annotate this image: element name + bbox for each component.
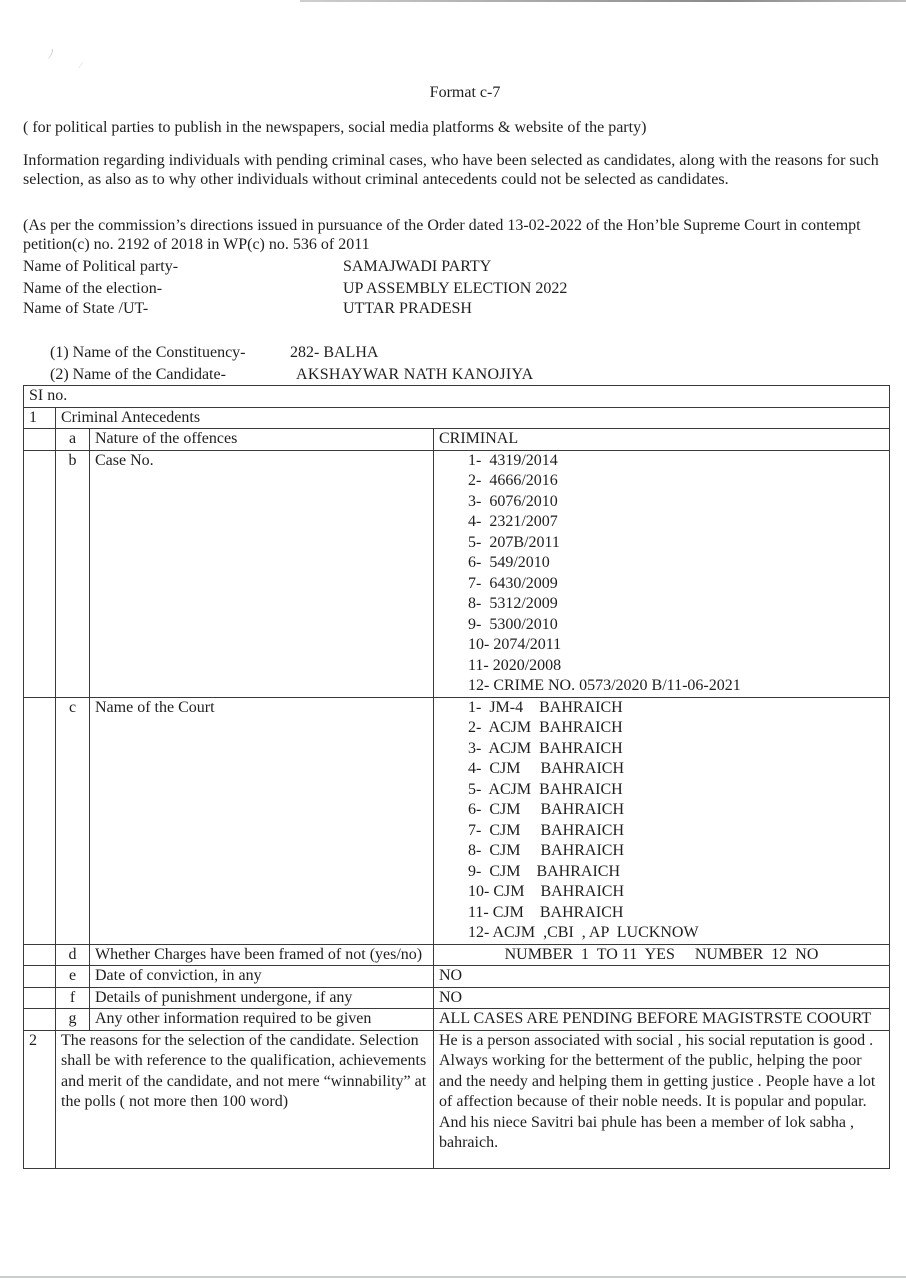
row-g-key: g: [56, 1009, 90, 1031]
constituency-row: (1) Name of the Constituency- 282- BALHA: [50, 343, 246, 362]
row-g-label: Any other information required to be giv…: [90, 1009, 434, 1031]
section-2-number: 2: [24, 1030, 56, 1168]
court-name-item: 8- CJM BAHRAICH: [468, 841, 884, 862]
court-name-item: 2- ACJM BAHRAICH: [468, 718, 884, 739]
criminal-antecedents-table: SI no. 1 Criminal Antecedents a Nature o…: [23, 385, 890, 1169]
section-1-row: 1 Criminal Antecedents: [24, 407, 890, 429]
case-number-item: 3- 6076/2010: [468, 492, 884, 513]
case-number-item: 1- 4319/2014: [468, 451, 884, 472]
candidate-name-label: (2) Name of the Candidate-: [50, 366, 226, 383]
row-c: c Name of the Court 1- JM-4 BAHRAICH2- A…: [24, 697, 890, 944]
case-number-item: 7- 6430/2009: [468, 574, 884, 595]
scan-top-edge: [300, 0, 906, 2]
row-e-label: Date of conviction, in any: [90, 966, 434, 988]
case-number-item: 6- 549/2010: [468, 553, 884, 574]
section-1-title: Criminal Antecedents: [56, 407, 890, 429]
section-2-value: He is a person associated with social , …: [434, 1030, 890, 1168]
case-number-item: 9- 5300/2010: [468, 615, 884, 636]
row-c-key: c: [56, 697, 90, 944]
case-number-item: 4- 2321/2007: [468, 512, 884, 533]
party-value: SAMAJWADI PARTY: [343, 257, 491, 276]
court-name-item: 4- CJM BAHRAICH: [468, 759, 884, 780]
row-b-label: Case No.: [90, 450, 434, 697]
court-name-item: 12- ACJM ,CBI , AP LUCKNOW: [468, 923, 884, 944]
row-e-key: e: [56, 966, 90, 988]
court-name-item: 3- ACJM BAHRAICH: [468, 739, 884, 760]
candidate-name-row: (2) Name of the Candidate- AKSHAYWAR NAT…: [50, 365, 226, 384]
case-number-item: 5- 207B/2011: [468, 533, 884, 554]
election-row: Name of the election- UP ASSEMBLY ELECTI…: [23, 279, 162, 298]
candidate-name-value: AKSHAYWAR NATH KANOJIYA: [296, 365, 533, 384]
state-label: Name of State /UT-: [23, 300, 148, 317]
constituency-value: 282- BALHA: [290, 343, 378, 362]
court-name-item: 7- CJM BAHRAICH: [468, 821, 884, 842]
row-d-key: d: [56, 944, 90, 966]
state-value: UTTAR PRADESH: [343, 299, 472, 318]
row-c-label: Name of the Court: [90, 697, 434, 944]
election-label: Name of the election-: [23, 280, 162, 297]
scan-mark: ∕: [80, 60, 82, 70]
row-e: e Date of conviction, in any NO: [24, 966, 890, 988]
constituency-label: (1) Name of the Constituency-: [50, 344, 246, 361]
case-number-item: 12- CRIME NO. 0573/2020 B/11-06-2021: [468, 676, 884, 697]
court-name-list: 1- JM-4 BAHRAICH2- ACJM BAHRAICH3- ACJM …: [434, 697, 890, 944]
row-e-value: NO: [434, 966, 890, 988]
court-name-item: 9- CJM BAHRAICH: [468, 862, 884, 883]
case-number-item: 10- 2074/2011: [468, 635, 884, 656]
section-2-row: 2 The reasons for the selection of the c…: [24, 1030, 890, 1168]
election-value: UP ASSEMBLY ELECTION 2022: [343, 279, 567, 298]
row-a-label: Nature of the offences: [90, 429, 434, 451]
party-label: Name of Political party-: [23, 258, 178, 275]
row-d: d Whether Charges have been framed of no…: [24, 944, 890, 966]
scan-bottom-edge: [0, 1276, 906, 1278]
table-header-row: SI no.: [24, 386, 890, 408]
court-name-item: 5- ACJM BAHRAICH: [468, 780, 884, 801]
row-g: g Any other information required to be g…: [24, 1009, 890, 1031]
sl-no-header: SI no.: [24, 386, 890, 408]
row-d-label: Whether Charges have been framed of not …: [90, 944, 434, 966]
party-row: Name of Political party- SAMAJWADI PARTY: [23, 257, 178, 276]
case-number-item: 11- 2020/2008: [468, 656, 884, 677]
court-name-item: 10- CJM BAHRAICH: [468, 882, 884, 903]
document-subtitle: ( for political parties to publish in th…: [23, 118, 646, 137]
court-name-item: 1- JM-4 BAHRAICH: [468, 698, 884, 719]
row-d-value: NUMBER 1 TO 11 YES NUMBER 12 NO: [434, 944, 890, 966]
court-name-item: 11- CJM BAHRAICH: [468, 903, 884, 924]
case-number-item: 2- 4666/2016: [468, 471, 884, 492]
row-f-key: f: [56, 987, 90, 1009]
case-number-item: 8- 5312/2009: [468, 594, 884, 615]
row-b-key: b: [56, 450, 90, 697]
information-paragraph: Information regarding individuals with p…: [23, 151, 893, 189]
section-1-number: 1: [24, 407, 56, 429]
row-b: b Case No. 1- 4319/20142- 4666/20163- 60…: [24, 450, 890, 697]
scan-mark: ﾉ: [48, 45, 54, 62]
row-f-value: NO: [434, 987, 890, 1009]
order-reference: (As per the commission’s directions issu…: [23, 216, 898, 254]
row-a-value: CRIMINAL: [434, 429, 890, 451]
row-a-key: a: [56, 429, 90, 451]
row-f: f Details of punishment undergone, if an…: [24, 987, 890, 1009]
format-title: Format c-7: [0, 84, 906, 102]
row-g-value: ALL CASES ARE PENDING BEFORE MAGISTRSTE …: [434, 1009, 890, 1031]
case-number-list: 1- 4319/20142- 4666/20163- 6076/20104- 2…: [434, 450, 890, 697]
row-a: a Nature of the offences CRIMINAL: [24, 429, 890, 451]
court-name-item: 6- CJM BAHRAICH: [468, 800, 884, 821]
row-f-label: Details of punishment undergone, if any: [90, 987, 434, 1009]
state-row: Name of State /UT- UTTAR PRADESH: [23, 299, 148, 318]
section-2-label: The reasons for the selection of the can…: [56, 1030, 434, 1168]
